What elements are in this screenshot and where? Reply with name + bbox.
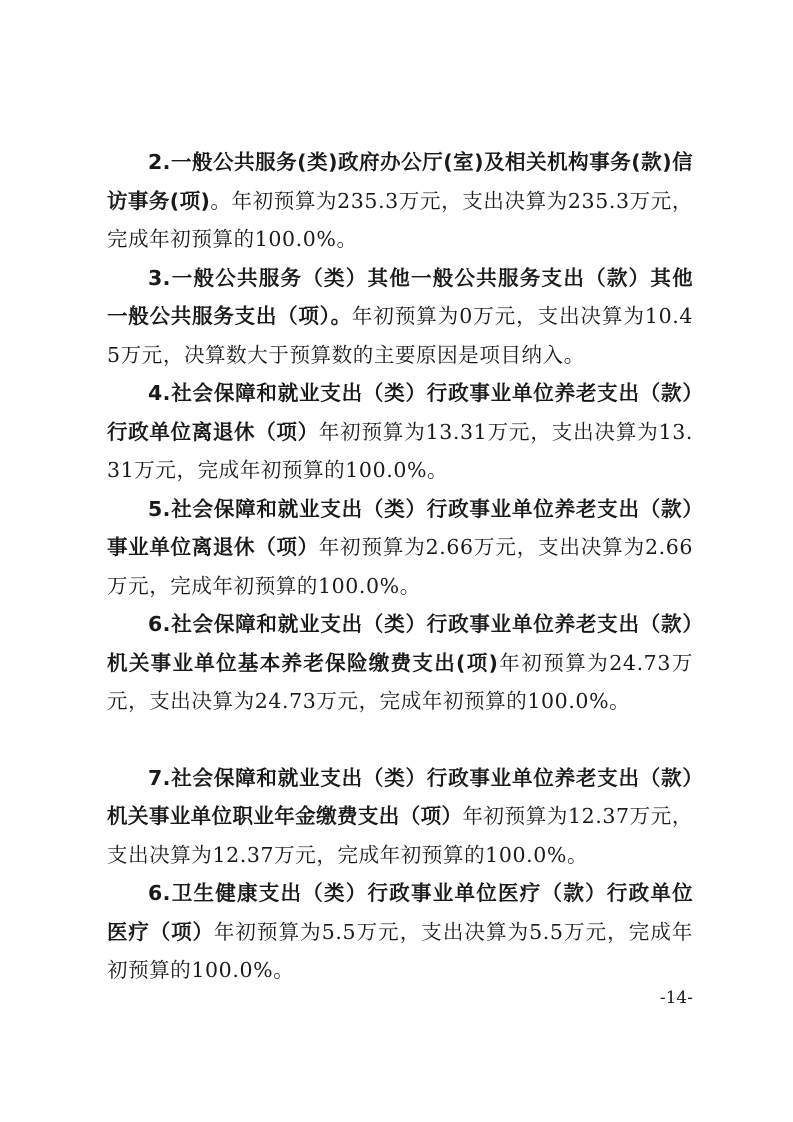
paragraph-item-4: 4.社会保障和就业支出（类）行政事业单位养老支出（款）行政单位离退休（项）年初预… <box>107 374 693 490</box>
paragraph-item-2: 2.一般公共服务(类)政府办公厅(室)及相关机构事务(款)信访事务(项)。年初预… <box>107 143 693 259</box>
paragraph-item-7: 7.社会保障和就业支出（类）行政事业单位养老支出（款）机关事业单位职业年金缴费支… <box>107 759 693 875</box>
paragraph-spacer <box>107 721 693 759</box>
paragraph-item-3: 3.一般公共服务（类）其他一般公共服务支出（款）其他一般公共服务支出（项）。年初… <box>107 259 693 375</box>
paragraph-item-5: 5.社会保障和就业支出（类）行政事业单位养老支出（款）事业单位离退休（项）年初预… <box>107 490 693 606</box>
document-page: 2.一般公共服务(类)政府办公厅(室)及相关机构事务(款)信访事务(项)。年初预… <box>107 143 693 990</box>
paragraph-item-6: 6.社会保障和就业支出（类）行政事业单位养老支出（款）机关事业单位基本养老保险缴… <box>107 605 693 721</box>
page-number: -14- <box>660 988 693 1008</box>
paragraph-item-health: 6.卫生健康支出（类）行政事业单位医疗（款）行政单位医疗（项）年初预算为5.5万… <box>107 874 693 990</box>
